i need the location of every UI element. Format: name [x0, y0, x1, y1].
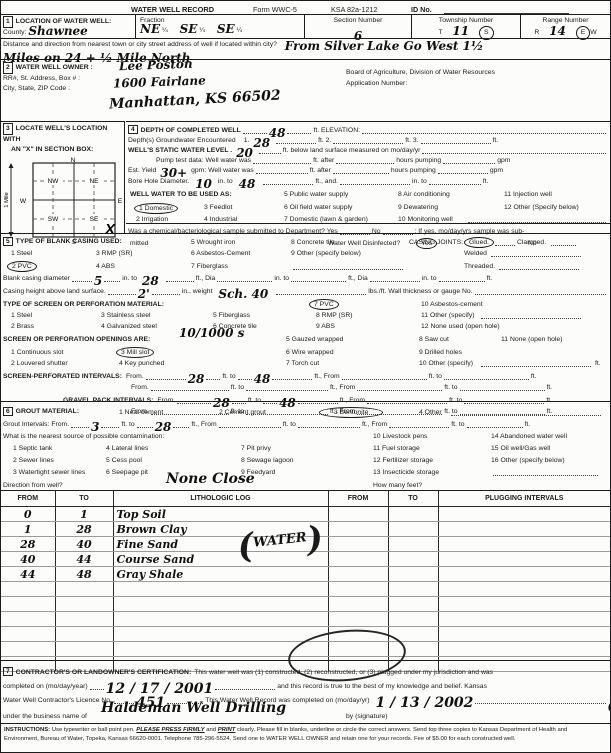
screen-material-title: TYPE OF SCREEN OR PERFORATION MATERIAL: [3, 301, 164, 308]
contamination-label: What is the nearest source of possible c… [3, 433, 164, 440]
static-level-value: 20 [236, 151, 253, 155]
weight-label: in., weight [182, 288, 213, 295]
dot-leader [481, 360, 591, 367]
section-4-depth: 4 DEPTH OF COMPLETED WELL 48 ft. ELEVATI… [126, 121, 610, 233]
dot-leader [444, 373, 529, 380]
section-box-diagram: N NW NE SW SE W E S 1 Mile X [1, 155, 125, 245]
casing-option-4: 4 ABS [96, 263, 115, 270]
yield-hours: hours pumping [391, 167, 436, 174]
city-value: Manhattan, KS 66502 [109, 94, 281, 107]
dot-leader [443, 157, 495, 164]
litho-desc: Course Sand [113, 552, 328, 567]
id-label: ID No. [411, 5, 432, 14]
use-option-11: 11 Injection well [504, 191, 552, 198]
col-plugging-intervals: PLUGGING INTERVALS [438, 491, 610, 507]
one-mile-label: 1 Mile [4, 193, 10, 208]
range-r: R [534, 29, 539, 36]
casing-option-6: 6 Asbestos-Cement [191, 250, 250, 257]
location-cell: 1LOCATION OF WATER WELL: County: Shawnee [1, 15, 135, 38]
depth-completed-value: 48 [269, 131, 286, 135]
by-signature-label: by (signature) [346, 713, 388, 720]
col-from-1: FROM [1, 491, 55, 507]
screen-option-5: 5 Fiberglass [213, 312, 250, 319]
col-from-2: FROM [328, 491, 388, 507]
dot-leader [291, 275, 346, 282]
instructions-print: PRINT [218, 727, 236, 733]
township-cell: Township Number T 11 S [411, 15, 520, 38]
casing-option-2-circled: 2 PVC [7, 261, 37, 272]
bore-in-to-2: in. to [412, 178, 427, 185]
spi-label: SCREEN-PERFORATED INTERVALS: [3, 373, 122, 380]
dot-leader [475, 697, 606, 704]
screen-option-3: 3 Stainless steel [101, 312, 151, 319]
dot-leader [108, 288, 136, 295]
opening-option-9: 9 Drilled holes [419, 349, 462, 356]
dot-leader [438, 167, 488, 174]
form-number: Form WWC-5 [253, 5, 297, 14]
grout-option-2: 2 Cement grout [219, 409, 266, 416]
completed-on-label: completed on (mo/day/year) [3, 683, 88, 690]
static-level-label: WELL'S STATIC WATER LEVEL . [128, 147, 232, 154]
spi-ft: ft. [531, 373, 537, 380]
dot-leader [263, 178, 313, 185]
spi-to-value: 48 [254, 377, 271, 381]
spi-from-value: 28 [188, 377, 205, 381]
contam-option-14: 14 Abandoned water well [491, 433, 567, 440]
bore-in-to: in. to [218, 178, 233, 185]
spi-ftto2: ft. to [429, 373, 442, 380]
dot-leader [475, 288, 606, 295]
spi2-ftfrom: ft., From [330, 384, 355, 391]
yield-ft-after: ft. after [310, 167, 331, 174]
section-5-number: 5 [3, 237, 13, 246]
board-of-agriculture-text: Board of Agriculture, Division of Water … [346, 68, 495, 78]
dot-leader [166, 275, 194, 282]
application-number-label: Application Number: [346, 79, 407, 89]
dot-leader [460, 384, 545, 391]
distance-direction-label: Distance and direction from nearest town… [3, 41, 277, 48]
completed-date-value: 12 / 17 / 2001 [106, 687, 214, 691]
owner-label: WATER WELL OWNER : [16, 64, 93, 71]
bore-ft-end: ft. [483, 178, 489, 185]
contam-option-16: 16 Other (specify below) [491, 457, 565, 464]
litho-to: 1 [55, 507, 113, 522]
dot-leader [137, 421, 153, 428]
dot-leader [551, 239, 576, 246]
casing-height-label: Casing height above land surface. [3, 288, 106, 295]
opening-option-2: 2 Louvered shutter [11, 360, 68, 367]
spi2-from-label: From. [131, 384, 149, 391]
use-option-6: 6 Oil field water supply [284, 204, 352, 211]
form-header: WATER WELL RECORD Form WWC-5 KSA 82a-121… [1, 1, 610, 14]
dot-leader [422, 147, 606, 154]
lithologic-log-table: FROM TO LITHOLOGIC LOG FROM TO PLUGGING … [1, 490, 610, 660]
dot-leader [101, 421, 119, 428]
use-option-3: 3 Feedlot [204, 204, 232, 211]
business-name-label: under the business name of [3, 713, 87, 720]
screen-option-4: 4 Galvanized steel [101, 323, 157, 330]
se-label: SE [90, 216, 99, 223]
west-label: W [20, 198, 27, 205]
contam-option-4: 4 Lateral lines [106, 445, 148, 452]
casing-option-9: 9 Other (specify below) [291, 250, 361, 257]
dot-leader [298, 421, 360, 428]
dot-leader [104, 275, 120, 282]
casing-joints-label: CASING JOINTS: [409, 239, 463, 246]
litho-from: 44 [1, 567, 55, 582]
casing-diameter-label: Blank casing diameter [3, 275, 70, 282]
gw1-label: 1. [244, 137, 250, 144]
casing-ft-dia-2: ft., Dia [348, 275, 368, 282]
screen-option-11: 11 Other (specify) [421, 312, 475, 319]
use-title: WELL WATER TO BE USED AS: [130, 191, 232, 198]
business-name-value: Haldeman Well Drilling [101, 700, 286, 716]
grout-option-4: 4 Other [419, 409, 442, 416]
grout-option-3-circled: 3 Bentonite [319, 407, 383, 418]
dot-leader [253, 157, 311, 164]
spi2-ftto2: ft. to [444, 384, 457, 391]
dot-leader [243, 127, 267, 134]
contam-option-5: 5 Cess pool [106, 457, 142, 464]
opening-option-4: 4 Key punched [119, 360, 164, 367]
pump-gpm: gpm [497, 157, 510, 164]
licence-label: Water Well Contractor's Licence No. [3, 697, 112, 704]
casing-option-3: 3 RMP (SR) [96, 250, 133, 257]
dot-leader [238, 373, 252, 380]
dot-leader [491, 250, 581, 257]
yield-gpm: gpm [490, 167, 503, 174]
instructions-lead: INSTRUCTIONS: [4, 727, 50, 733]
water-well-record-form: WATER WELL RECORD Form WWC-5 KSA 82a-121… [0, 0, 611, 753]
litho-desc: Top Soil [113, 507, 328, 522]
section-5-casing: 5TYPE OF BLANK CASING USED: 5 Wrought ir… [1, 233, 610, 401]
casing-in-to-3: in. to [422, 275, 437, 282]
screen-option-1: 1 Steel [11, 312, 32, 319]
instructions-and: and [206, 727, 216, 733]
opening-option-10: 10 Other (specify) [419, 360, 473, 367]
use-option-4: 4 Industrial [204, 216, 237, 223]
fraction-2: SE [180, 22, 198, 36]
litho-row-empty [1, 612, 610, 627]
dot-leader [481, 312, 581, 319]
dot-leader [370, 275, 420, 282]
casing-depth-value: 28 [142, 279, 159, 283]
grout-title: GROUT MATERIAL: [16, 408, 79, 415]
col-lithologic-log: LITHOLOGIC LOG [113, 491, 328, 507]
dot-leader [256, 167, 308, 174]
casing-option-5: 5 Wrought iron [191, 239, 235, 246]
instructions-1e: clearly. Please fill in blanks, underlin… [237, 727, 567, 733]
yield-label: Est. Yield [128, 167, 156, 174]
distance-handwritten-1: From Silver Lake Go West 1½ [285, 39, 484, 53]
township-t: T [438, 29, 442, 36]
casing-in-to-2: in. to [274, 275, 289, 282]
litho-to: 44 [55, 552, 113, 567]
contam-option-6: 6 Seepage pit [106, 469, 148, 476]
how-many-feet-label: How many feet? [373, 482, 422, 489]
yield-value: 30+ [160, 171, 187, 175]
contam-option-12: 12 Fertilizer storage [373, 457, 433, 464]
ne-label: NE [89, 178, 99, 185]
use-option-7: 7 Domestic (lawn & garden) [284, 216, 368, 223]
section-3-locate: 3LOCATE WELL'S LOCATION WITH AN "X" IN S… [1, 121, 125, 233]
opening-option-11: 11 None (open hole) [501, 336, 562, 343]
casing-joint-welded: Welded [464, 250, 487, 257]
litho-from: 40 [1, 552, 55, 567]
litho-row-empty [1, 582, 610, 597]
section-1-location: 1LOCATION OF WATER WELL: County: Shawnee… [1, 14, 610, 59]
openings-title: SCREEN OR PERFORATION OPENINGS ARE: [3, 336, 150, 343]
grout-ftto: ft. to [121, 421, 134, 428]
instructions-press-firmly: PLEASE PRESS FIRMLY [136, 727, 204, 733]
ksa-number: KSA 82a-1212 [331, 5, 377, 14]
section-7-number: 7 [3, 667, 13, 676]
litho-desc: Gray Shale [113, 567, 328, 582]
screen-option-8: 8 RMP (SR) [316, 312, 353, 319]
grout-option-1: 1 Neat cement [119, 409, 163, 416]
col-to-2: TO [388, 491, 438, 507]
dot-leader [340, 178, 410, 185]
spi2-ftto: ft. to [231, 384, 244, 391]
address-value: 1600 Fairlane [113, 78, 206, 85]
dot-leader [287, 127, 311, 134]
dot-leader [293, 263, 403, 270]
dot-leader [389, 421, 449, 428]
spi-from-label: From. [126, 373, 144, 380]
contam-option-2: 2 Sewer lines [13, 457, 54, 464]
spi2-ft: ft. [547, 384, 553, 391]
section-4-number: 4 [128, 125, 138, 134]
casing-option-7: 7 Fiberglass [191, 263, 228, 270]
dot-leader [468, 216, 606, 223]
litho-to: 48 [55, 567, 113, 582]
section-6-number: 6 [3, 407, 13, 416]
grout-ftfrom: ft., From [191, 421, 216, 428]
grout-intervals-label: Grout Intervals: From. [3, 421, 69, 428]
opening-option-7: 7 Torch cut [286, 360, 319, 367]
elevation-label: ft. ELEVATION: [313, 127, 360, 134]
dot-leader [439, 275, 485, 282]
dot-leader [336, 157, 394, 164]
pump-ft-after: ft. after [313, 157, 334, 164]
quarter-3: ¼ [237, 27, 243, 34]
dot-leader [146, 373, 186, 380]
casing-option-8: 8 Concrete tile [291, 239, 335, 246]
section-6-grout: 6GROUT MATERIAL: 1 Neat cement 2 Cement … [1, 401, 610, 490]
dot-leader [272, 373, 312, 380]
range-cell: Range Number R 14 EW [520, 15, 610, 38]
instructions-line-2: Environment, Bureau of Water, Topeka, Ka… [4, 735, 607, 744]
dot-leader [342, 373, 427, 380]
section-number-label: Section Number [307, 16, 409, 26]
openings-value: 10/1000 s [179, 326, 244, 340]
dot-leader [467, 421, 523, 428]
dot-leader [495, 239, 515, 246]
dot-leader [219, 421, 281, 428]
screen-option-10: 10 Asbestos-cement [421, 301, 483, 308]
county-value: Shawnee [28, 24, 88, 38]
gw1-value: 28 [253, 141, 270, 145]
pump-hours: hours pumping [396, 157, 441, 164]
grout-ftto-3: ft. to [451, 421, 464, 428]
sw-label: SW [48, 216, 59, 223]
section-2-number: 2 [3, 62, 13, 74]
address-label: RR#, St. Address, Box # : [1, 74, 610, 84]
casing-joint-threaded: Threaded. [464, 263, 495, 270]
certification-title: CONTRACTOR'S OR LANDOWNER'S CERTIFICATIO… [16, 669, 192, 676]
litho-row: 4044Course Sand [1, 552, 610, 567]
instructions-block: INSTRUCTIONS: Use typewriter or ball poi… [1, 723, 610, 752]
direction-from-well-label: Direction from well? [3, 482, 63, 489]
groundwater-label: Depth(s) Groundwater Encountered [128, 137, 236, 144]
dot-leader [333, 137, 403, 144]
opening-option-5: 5 Gauzed wrapped [286, 336, 343, 343]
screen-option-2: 2 Brass [11, 323, 34, 330]
contam-option-1: 1 Septic tank [13, 445, 52, 452]
dot-leader [90, 683, 104, 690]
spi-ftfrom: ft., From [314, 373, 339, 380]
gauge-label: lbs./ft. Wall thickness or gauge No. [368, 288, 472, 295]
section-3-number: 3 [3, 123, 13, 135]
contam-option-8: 8 Sewage lagoon [241, 457, 294, 464]
casing-ft-dia-1: ft., Dia [196, 275, 216, 282]
grout-ft: ft. [525, 421, 531, 428]
contam-option-10: 10 Livestock pens [373, 433, 427, 440]
screen-option-9: 9 ABS [316, 323, 335, 330]
dot-leader [499, 263, 579, 270]
dot-leader [72, 275, 92, 282]
opening-ft: ft. [595, 360, 601, 367]
casing-option-1: 1 Steel [11, 250, 32, 257]
certification-line-2: and this record is true to the best of m… [277, 683, 487, 690]
locate-title-1: LOCATE WELL'S LOCATION WITH [3, 125, 107, 143]
county-label: County: [3, 29, 26, 36]
use-option-8: 8 Air conditioning [398, 191, 450, 198]
casing-joint-clamped: Clamped. [517, 239, 546, 246]
contam-option-11: 11 Fuel storage [373, 445, 420, 452]
locate-title-2: AN "X" IN SECTION BOX: [1, 145, 124, 155]
casing-ft-end: ft. [487, 275, 493, 282]
dot-leader [421, 137, 491, 144]
dot-leader [206, 373, 220, 380]
range-value: 14 [549, 24, 566, 38]
litho-from: 28 [1, 537, 55, 552]
city-label: City, State, ZIP Code : [1, 84, 610, 94]
depth-completed-label: DEPTH OF COMPLETED WELL [141, 127, 241, 134]
nw-label: NW [48, 178, 60, 185]
quarter-1: ¼ [162, 27, 168, 34]
section-1-number: 1 [3, 16, 13, 28]
east-label: E [118, 198, 123, 205]
use-option-12: 12 Other (Specify below) [504, 204, 579, 211]
use-option-2: 2 Irrigation [136, 216, 168, 223]
gw-ft: ft. [493, 137, 499, 144]
owner-value: Lee Poston [119, 62, 193, 69]
dot-leader [362, 127, 606, 134]
bore-after: ft., and. [315, 178, 338, 185]
opening-option-6: 6 Wire wrapped [286, 349, 334, 356]
township-value: 11 [452, 24, 469, 38]
form-title: WATER WELL RECORD [131, 5, 214, 14]
fraction-cell: Fraction NE ¼ SE ¼ SE ¼ [135, 15, 304, 38]
section-number-cell: Section Number 6 [304, 15, 411, 38]
direction-value: None Close [166, 471, 255, 487]
static-after-label: ft. below land surface measured on mo/da… [283, 147, 421, 154]
dot-leader [71, 421, 89, 428]
litho-from: 1 [1, 522, 55, 537]
fraction-1: NE [140, 22, 160, 36]
instructions-1a: Use typewriter or ball point pen. [52, 727, 135, 733]
litho-row-empty [1, 597, 610, 612]
quarter-2: ¼ [199, 27, 205, 34]
dot-leader [357, 384, 442, 391]
dot-leader [215, 683, 275, 690]
contam-option-15: 15 Oil well/Gas well [491, 445, 550, 452]
dot-leader [276, 288, 366, 295]
gw3-label: ft. 3. [405, 137, 418, 144]
dot-leader [493, 469, 598, 476]
dot-leader [173, 421, 189, 428]
dot-leader [152, 288, 180, 295]
grout-ftfrom-2: ft., From [362, 421, 387, 428]
col-to-1: TO [55, 491, 113, 507]
casing-in-to: in. to [122, 275, 137, 282]
fraction-3: SE [217, 22, 235, 36]
dot-leader [429, 178, 481, 185]
spi-ftto: ft. to [222, 373, 235, 380]
range-direction-w: W [590, 29, 596, 36]
opening-option-8: 8 Saw cut [419, 336, 449, 343]
dot-leader [217, 275, 272, 282]
opening-option-1: 1 Continuous slot [11, 349, 64, 356]
use-option-9: 9 Dewatering [398, 204, 438, 211]
grout-ftto-2: ft. to [283, 421, 296, 428]
dot-leader [451, 409, 601, 416]
use-option-10: 10 Monitoring well [398, 216, 453, 223]
screen-option-12: 12 None used (open hole) [421, 323, 500, 330]
contam-option-3: 3 Watertight sewer lines [13, 469, 85, 476]
casing-title: TYPE OF BLANK CASING USED: [16, 238, 122, 245]
litho-to: 40 [55, 537, 113, 552]
litho-to: 28 [55, 522, 113, 537]
casing-diameter-value: 5 [94, 279, 102, 283]
section-2-owner: 2WATER WELL OWNER : RR#, St. Address, Bo… [1, 59, 610, 121]
use-option-5: 5 Public water supply [284, 191, 348, 198]
dot-leader [333, 167, 389, 174]
litho-row: 4448Gray Shale [1, 567, 610, 582]
gw2-label: ft. 2. [318, 137, 331, 144]
yield-after: gpm: Well water was [191, 167, 254, 174]
contam-option-7: 7 Pit privy [241, 445, 271, 452]
contam-option-13: 13 Insecticide storage [373, 469, 439, 476]
litho-from: 0 [1, 507, 55, 522]
